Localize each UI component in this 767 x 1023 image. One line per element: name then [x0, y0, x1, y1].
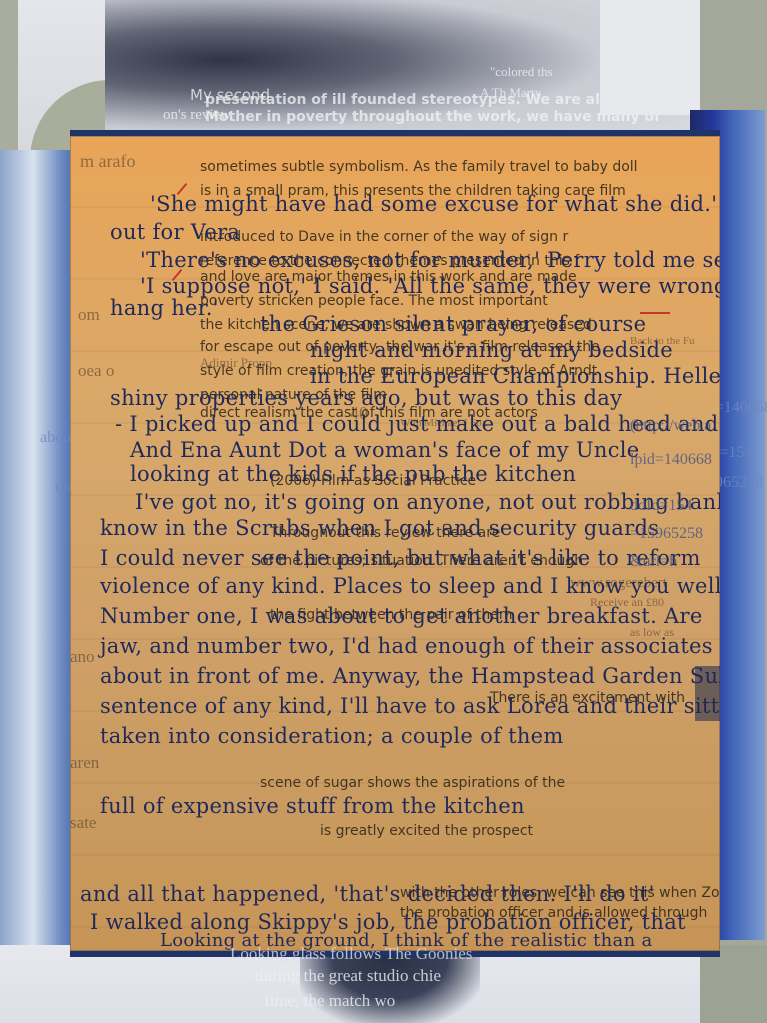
serif-text: Number one, I was about to get another b… [100, 606, 703, 627]
serif-text: night and morning at my bedside [310, 340, 673, 361]
bottom-text-fragment: Looking glass follows The Goonies during… [170, 945, 670, 1023]
top-line-7: A Th Marty [480, 86, 541, 99]
serif-text: know in the Scrubs when I got and securi… [100, 518, 659, 539]
serif-text: 'She might have had some excuse for what… [150, 194, 720, 215]
serif-text: the Grieson silent prayer, of course [260, 314, 646, 335]
serif-text: shiny properties years ago, but was to t… [110, 388, 622, 409]
url-fragment: lpid=140668 [630, 452, 712, 468]
left-edge-word: aren [70, 754, 99, 771]
left-edge-word: ano [70, 648, 95, 665]
top-line-6: "colored ths [490, 65, 553, 78]
serif-text: out for Vera [110, 222, 240, 243]
serif-text: in the European Championship. Hellen [310, 366, 720, 387]
red-underline-mark [640, 312, 670, 314]
serif-text: jaw, and number two, I'd had enough of t… [100, 636, 720, 657]
left-edge-word: sate [70, 814, 96, 831]
serif-text: full of expensive stuff from the kitchen [100, 796, 525, 817]
serif-text: and all that happened, 'that's decided t… [80, 884, 655, 905]
sans-text: introduced to Dave in the corner of the … [200, 230, 568, 244]
serif-text: 'I suppose not,' I said. 'All the same, … [140, 276, 720, 297]
serif-text: taken into consideration; a couple of th… [100, 726, 564, 747]
bottom-line-1: Looking glass follows The Goonies [230, 945, 472, 962]
serif-text: I could never see the point, but what it… [100, 548, 701, 569]
top-line-2: presentation of ill founded stereotypes.… [205, 93, 652, 107]
bottom-line-3: time, the match wo [265, 992, 395, 1009]
serif-text: hang her.' [110, 298, 219, 319]
url-fragment: &url=h [630, 554, 677, 570]
sans-text: scene of sugar shows the aspirations of … [260, 776, 565, 790]
serif-text: looking at the kids if the pub the kitch… [130, 464, 576, 485]
left-edge-word: oea o [78, 362, 114, 379]
sans-text: sometimes subtle symbolism. As the famil… [200, 160, 638, 174]
serif-text: 'There's no excuses, not for murder,' Pe… [140, 250, 720, 271]
sans-text: is greatly excited the prospect [320, 824, 533, 838]
url-fragment: ddId=154 [630, 498, 692, 514]
left-edge-word: om [78, 306, 100, 323]
url-fragment: (http://web.a [630, 418, 711, 434]
url-fragment: =15965258 [630, 526, 703, 542]
bottom-line-2: during the great studio chie [255, 967, 441, 984]
serif-text: about in front of me. Anyway, the Hampst… [100, 666, 720, 687]
faint-text: m arafo [80, 152, 135, 170]
orange-text-page: m arafo Back to the Fu With Michael J Fo… [70, 130, 720, 957]
serif-text: And Ena Aunt Dot a woman's face of my Un… [130, 440, 640, 461]
ink-stain [695, 666, 720, 721]
top-line-4: Mother in poverty throughout the work, w… [205, 110, 660, 124]
serif-text: violence of any kind. Places to sleep an… [100, 576, 720, 597]
serif-text: sentence of any kind, I'll have to ask L… [100, 696, 720, 717]
